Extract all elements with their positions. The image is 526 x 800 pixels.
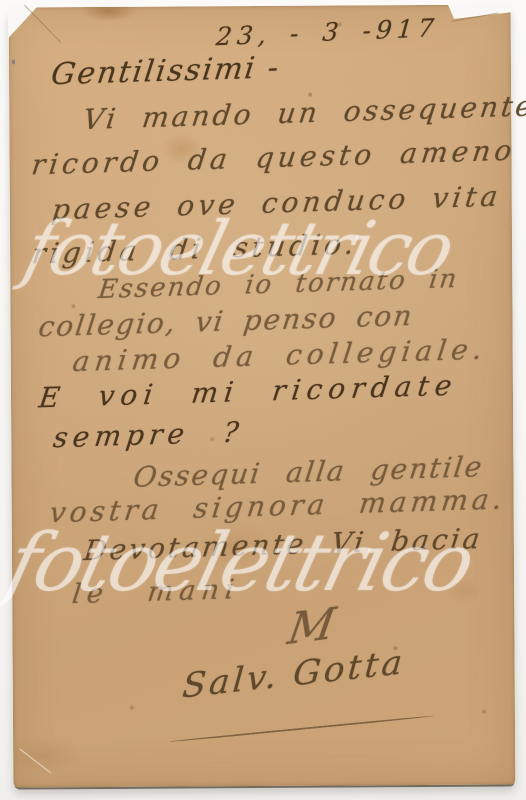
- postcard-paper: 23, - 3 -917 Gentilissimi - Vi mando un …: [9, 4, 516, 787]
- letter-line: paese ove conduco vita: [50, 180, 504, 227]
- letter-line: rigida di studio.: [30, 227, 360, 270]
- foxing-specks: [9, 8, 11, 10]
- closing-flourish: M: [285, 598, 339, 654]
- date-line: 23, - 3 -917: [215, 13, 440, 51]
- crease-line-top-left: [24, 5, 61, 43]
- postcard-scan: 23, - 3 -917 Gentilissimi - Vi mando un …: [0, 0, 526, 800]
- letter-line: Vi mando un ossequente: [81, 89, 526, 136]
- signature-underline: [170, 715, 435, 743]
- letter-line: le mani: [70, 574, 241, 610]
- bent-corner-top-left: [8, 6, 38, 38]
- crease-line-bottom-left: [19, 748, 51, 773]
- letter-line: Devotamente Vi bacia: [82, 522, 485, 567]
- letter-line: sempre ?: [51, 415, 245, 454]
- letter-line: vostra signora mamma.: [48, 482, 508, 529]
- letter-line: ricordo da questo ameno: [30, 134, 518, 182]
- ink-speck: [12, 60, 15, 65]
- salutation-line: Gentilissimi -: [49, 50, 282, 92]
